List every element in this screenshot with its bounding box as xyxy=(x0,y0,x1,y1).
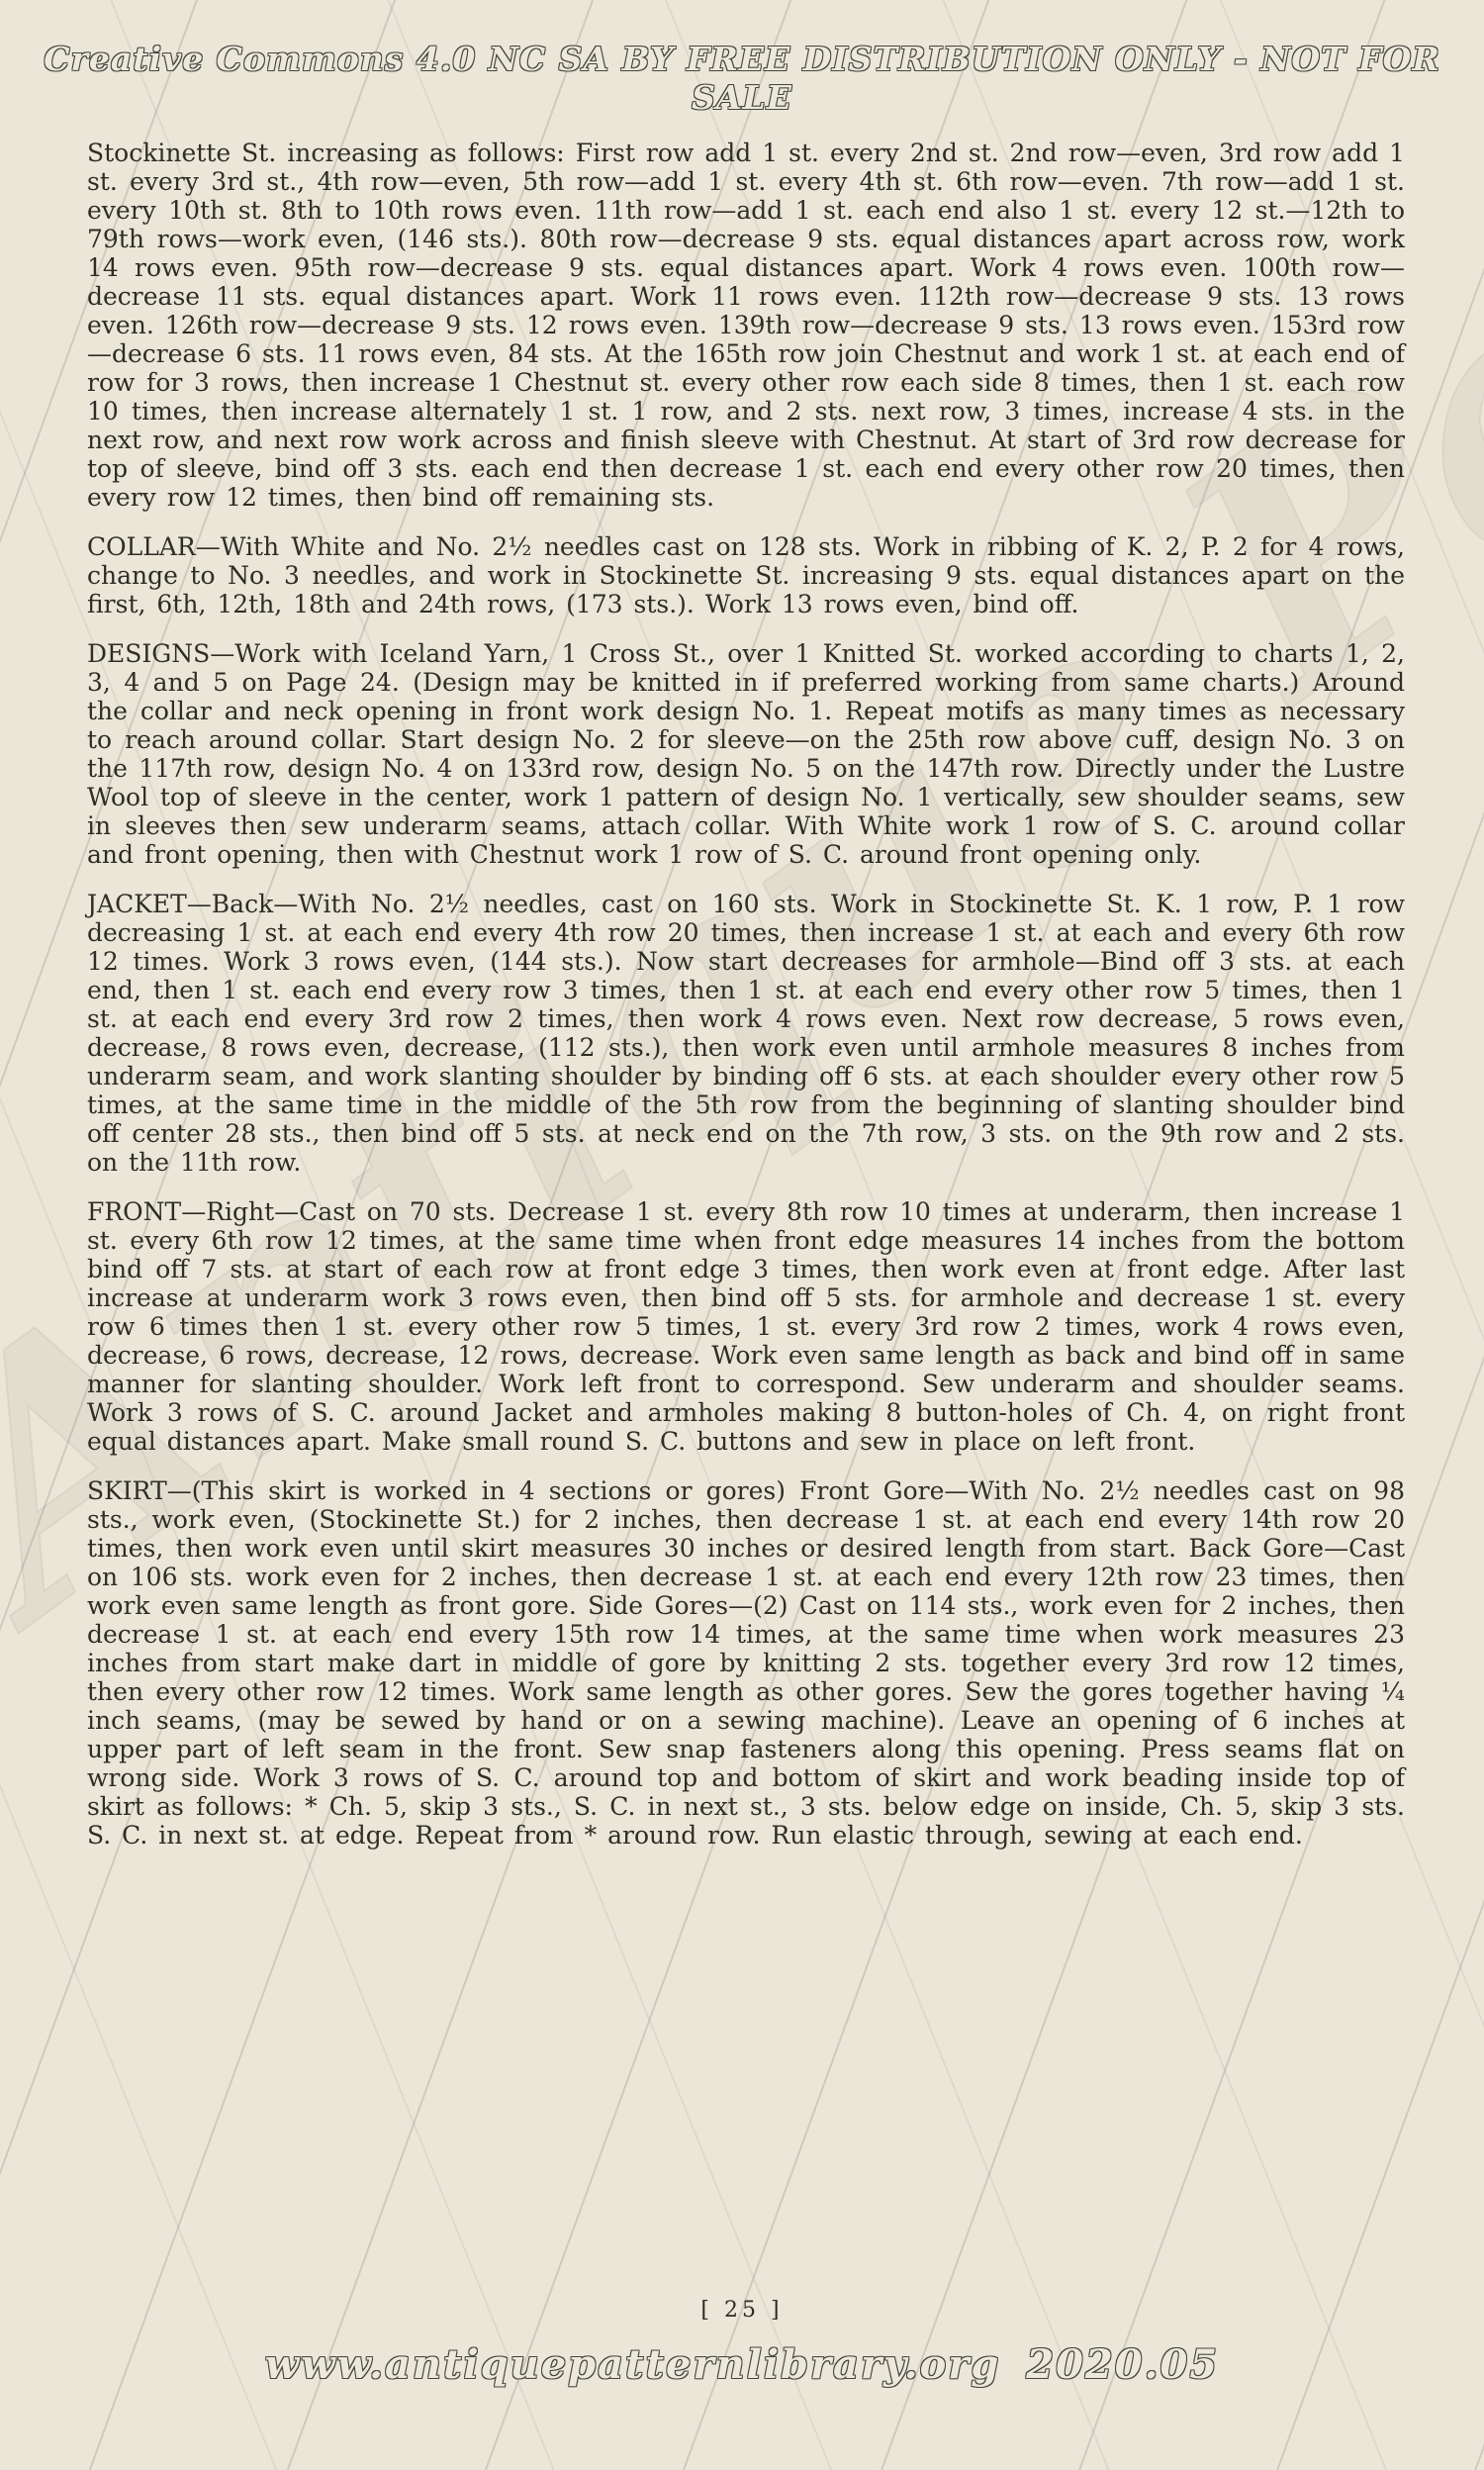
scanned-book-page: Antique Pattern Library Creative Commons… xyxy=(0,0,1484,2470)
paragraph-collar: COLLAR—With White and No. 2½ needles cas… xyxy=(87,532,1405,618)
paragraph-stockinette-sleeve: Stockinette St. increasing as follows: F… xyxy=(87,139,1405,512)
footer-url: www.antiquepatternlibrary.org 2020.05 xyxy=(0,2341,1484,2388)
paragraph-designs: DESIGNS—Work with Iceland Yarn, 1 Cross … xyxy=(87,639,1405,869)
pattern-instructions: Stockinette St. increasing as follows: F… xyxy=(87,139,1405,1870)
paragraph-front: FRONT—Right—Cast on 70 sts. Decrease 1 s… xyxy=(87,1197,1405,1456)
paragraph-skirt: SKIRT—(This skirt is worked in 4 section… xyxy=(87,1476,1405,1850)
license-header: Creative Commons 4.0 NC SA BY FREE DISTR… xyxy=(0,40,1484,117)
paragraph-jacket-back: JACKET—Back—With No. 2½ needles, cast on… xyxy=(87,890,1405,1177)
page-number: [ 25 ] xyxy=(0,2298,1484,2323)
